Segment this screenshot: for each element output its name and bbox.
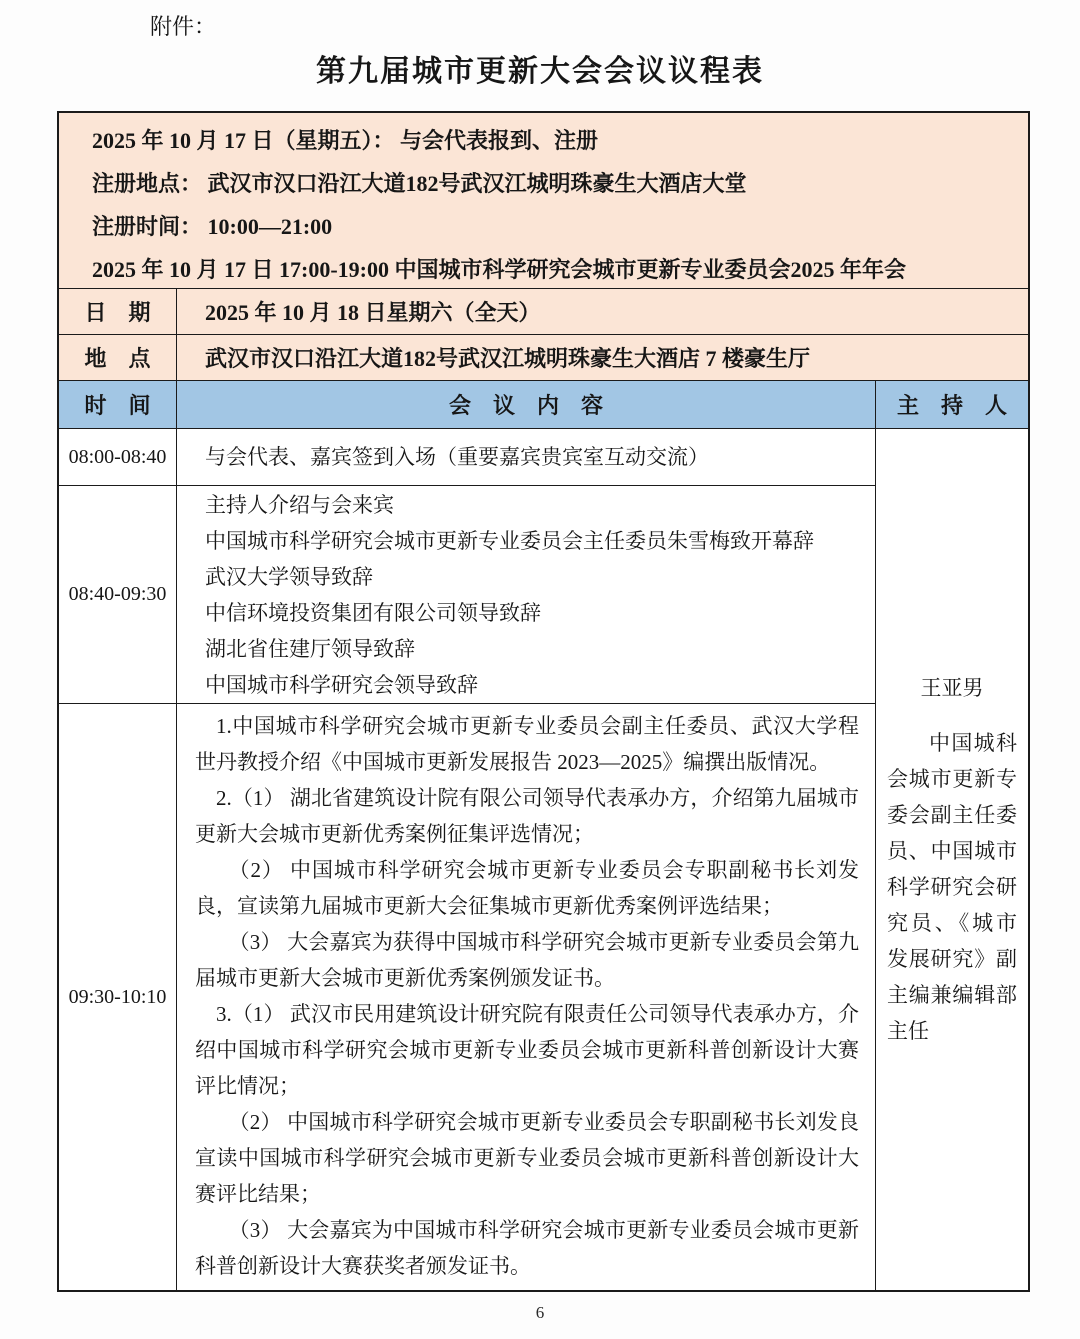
date-value: 2025 年 10 月 18 日星期六（全天） xyxy=(177,289,1028,334)
date-row: 日 期 2025 年 10 月 18 日星期六（全天） xyxy=(59,289,1028,335)
agenda-paragraph: 1.中国城市科学研究会城市更新专业委员会副主任委员、武汉大学程世丹教授介绍《中国… xyxy=(195,708,859,780)
venue-label: 地 点 xyxy=(59,335,177,380)
agenda-paragraph: （2） 中国城市科学研究会城市更新专业委员会专职副秘书长刘发良宣读中国城市科学研… xyxy=(195,1104,859,1212)
agenda-line: 武汉大学领导致辞 xyxy=(205,559,861,595)
agenda-body: 08:00-08:40 与会代表、嘉宾签到入场（重要嘉宾贵宾室互动交流） 08:… xyxy=(59,429,1028,1290)
table-header-row: 时 间 会 议 内 容 主 持 人 xyxy=(59,381,1028,429)
content-column-header: 会 议 内 容 xyxy=(177,381,876,428)
host-cell: 王亚男 中国城科会城市更新专委会副主任委员、中国城市科学研究会研究员、《城市发展… xyxy=(876,429,1028,1290)
agenda-line: 湖北省住建厅领导致辞 xyxy=(205,631,861,667)
content-cell: 主持人介绍与会来宾 中国城市科学研究会城市更新专业委员会主任委员朱雪梅致开幕辞 … xyxy=(177,486,876,704)
agenda-paragraph: （3） 大会嘉宾为中国城市科学研究会城市更新专业委员会城市更新科普创新设计大赛获… xyxy=(195,1212,859,1284)
agenda-paragraph: （2） 中国城市科学研究会城市更新专业委员会专职副秘书长刘发良，宣读第九届城市更… xyxy=(195,852,859,924)
agenda-line: 与会代表、嘉宾签到入场（重要嘉宾贵宾室互动交流） xyxy=(205,439,709,475)
agenda-paragraph: 2.（1） 湖北省建筑设计院有限公司领导代表承办方，介绍第九届城市更新大会城市更… xyxy=(195,780,859,852)
host-name: 王亚男 xyxy=(887,670,1017,706)
registration-info-line: 2025 年 10 月 17 日（星期五）： 与会代表报到、注册 xyxy=(92,119,1008,162)
venue-value: 武汉市汉口沿江大道182号武汉江城明珠豪生大酒店 7 楼豪生厅 xyxy=(177,335,1028,380)
time-cell: 09:30-10:10 xyxy=(59,704,177,1290)
agenda-line: 中国城市科学研究会城市更新专业委员会主任委员朱雪梅致开幕辞 xyxy=(205,523,861,559)
agenda-table: 2025 年 10 月 17 日（星期五）： 与会代表报到、注册 注册地点： 武… xyxy=(57,111,1030,1292)
agenda-paragraph: （3） 大会嘉宾为获得中国城市科学研究会城市更新专业委员会第九届城市更新大会城市… xyxy=(195,924,859,996)
agenda-line: 中国城市科学研究会领导致辞 xyxy=(205,667,861,703)
registration-info-line: 注册地点： 武汉市汉口沿江大道182号武汉江城明珠豪生大酒店大堂 xyxy=(92,162,1008,205)
agenda-paragraph: 3.（1） 武汉市民用建筑设计研究院有限责任公司领导代表承办方，介绍中国城市科学… xyxy=(195,996,859,1104)
time-cell: 08:00-08:40 xyxy=(59,429,177,486)
time-cell: 08:40-09:30 xyxy=(59,486,177,704)
host-title: 中国城科会城市更新专委会副主任委员、中国城市科学研究会研究员、《城市发展研究》副… xyxy=(887,725,1017,1049)
date-label: 日 期 xyxy=(59,289,177,334)
registration-info-block: 2025 年 10 月 17 日（星期五）： 与会代表报到、注册 注册地点： 武… xyxy=(59,113,1028,289)
content-cell: 与会代表、嘉宾签到入场（重要嘉宾贵宾室互动交流） xyxy=(177,429,876,486)
registration-info-line: 2025 年 10 月 17 日 17:00-19:00 中国城市科学研究会城市… xyxy=(92,248,1008,291)
agenda-line: 中信环境投资集团有限公司领导致辞 xyxy=(205,595,861,631)
registration-info-line: 注册时间： 10:00—21:00 xyxy=(92,205,1008,248)
venue-row: 地 点 武汉市汉口沿江大道182号武汉江城明珠豪生大酒店 7 楼豪生厅 xyxy=(59,335,1028,381)
document-page: { "page": { "attachment_label": "附件：", "… xyxy=(0,0,1080,1339)
page-number: 6 xyxy=(0,1303,1080,1323)
agenda-line: 主持人介绍与会来宾 xyxy=(205,487,861,523)
host-column-header: 主 持 人 xyxy=(876,381,1028,428)
document-title: 第九届城市更新大会会议议程表 xyxy=(0,50,1080,94)
time-column-header: 时 间 xyxy=(59,381,177,428)
attachment-label: 附件： xyxy=(150,10,1080,44)
content-cell: 1.中国城市科学研究会城市更新专业委员会副主任委员、武汉大学程世丹教授介绍《中国… xyxy=(177,704,876,1290)
